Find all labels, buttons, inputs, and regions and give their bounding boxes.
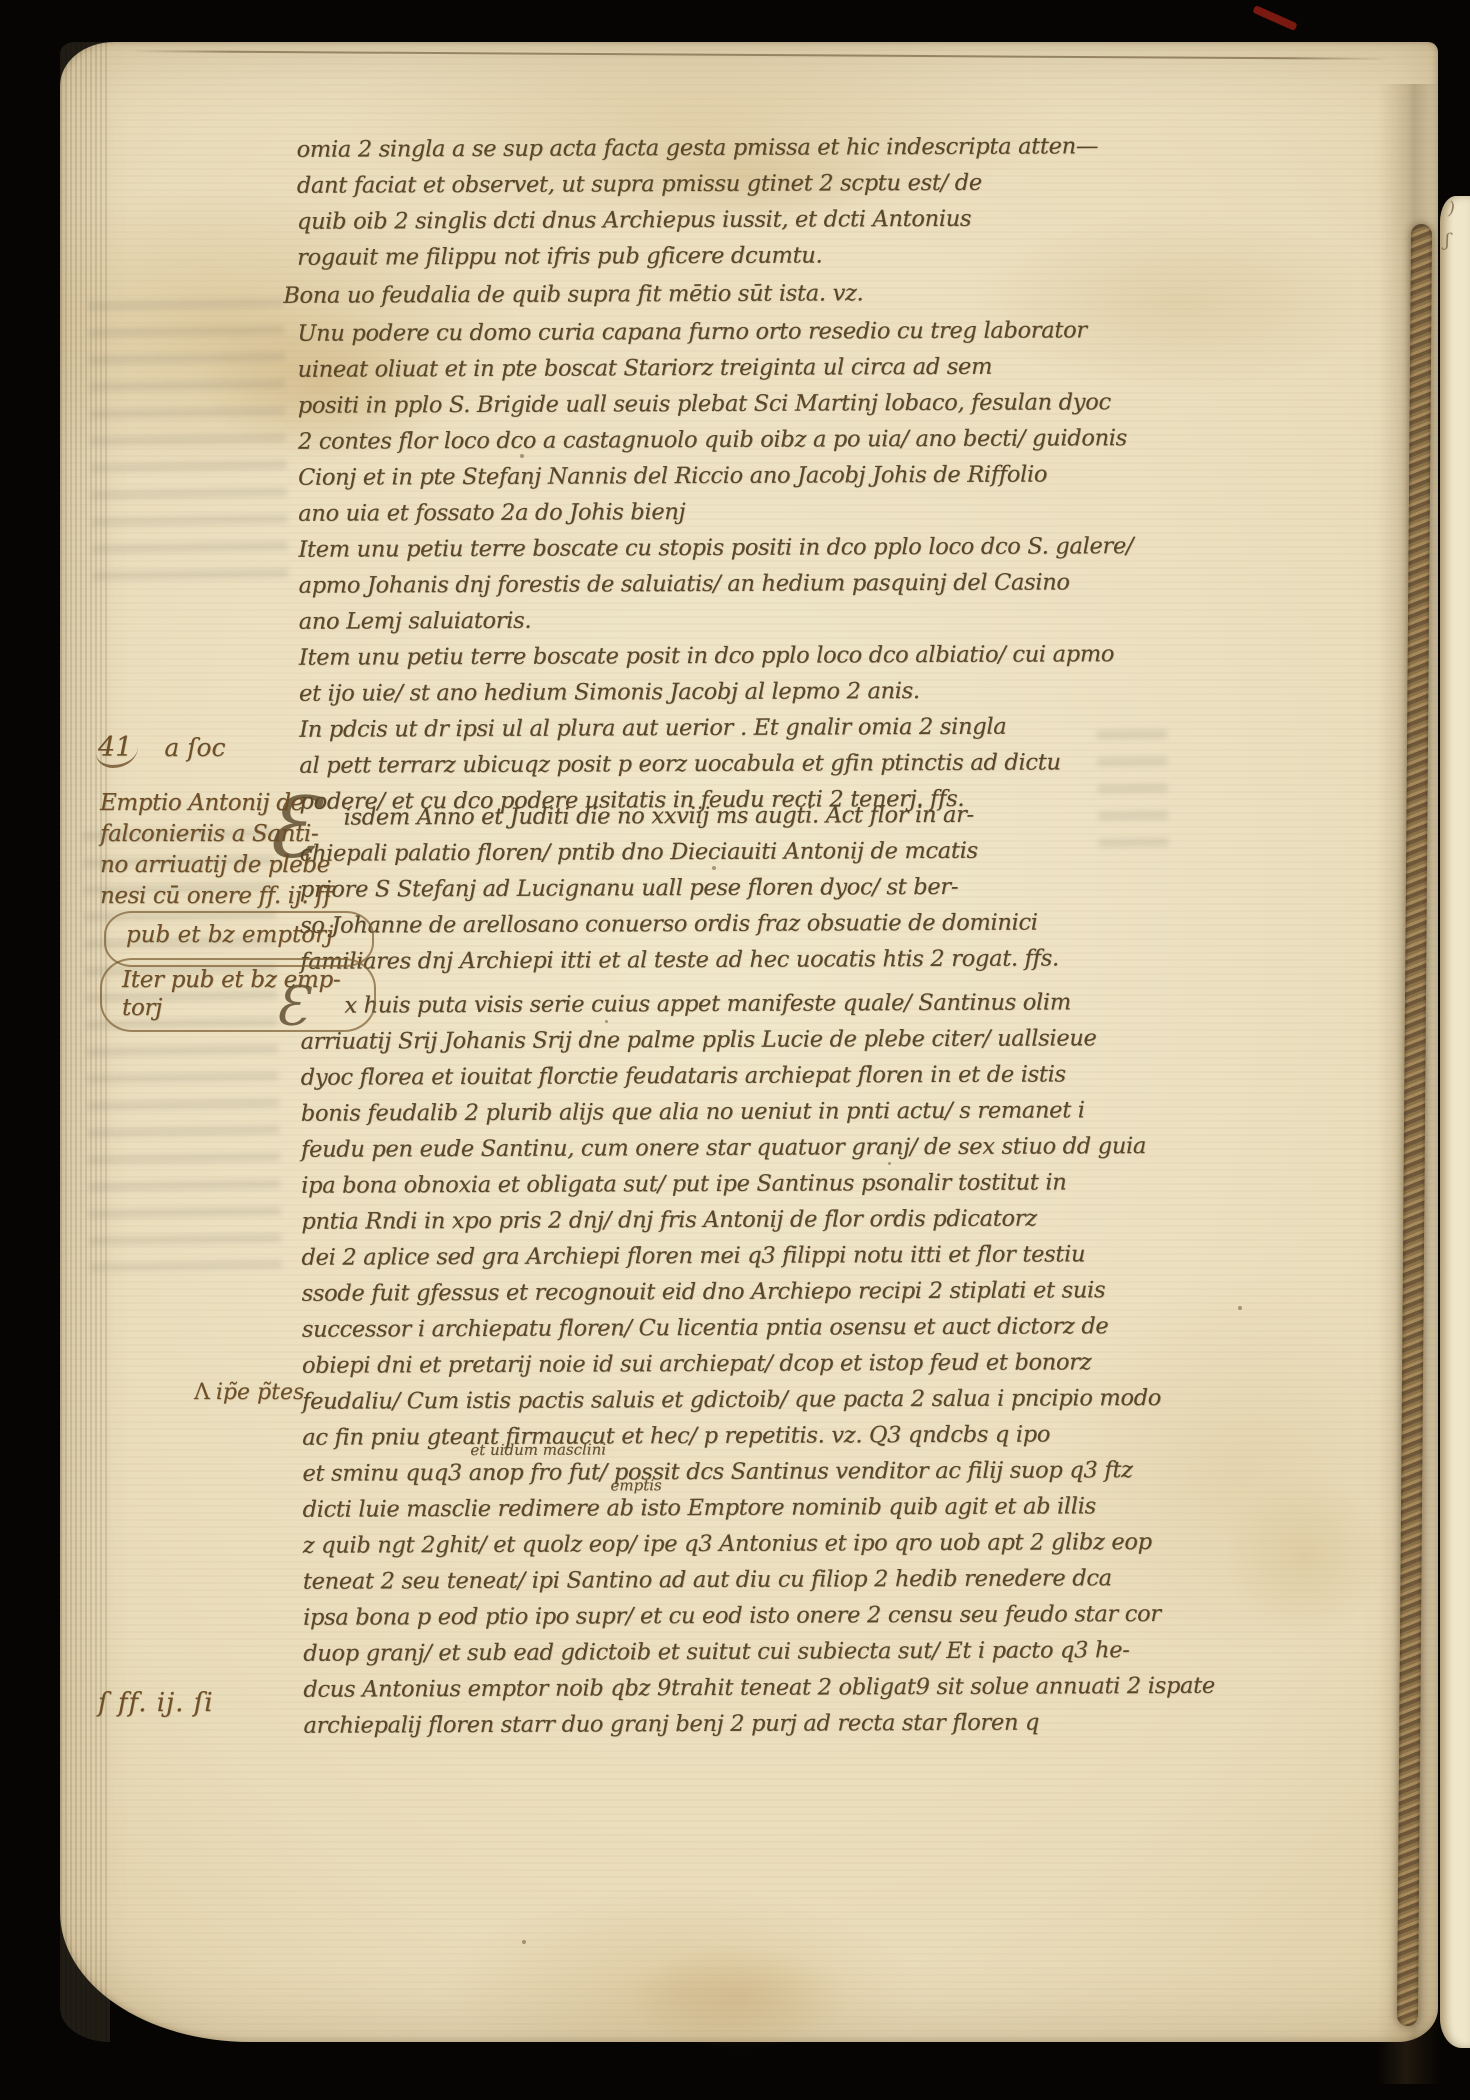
manuscript-line: familiares dnj Archiepi itti et al teste… bbox=[300, 940, 1110, 980]
manuscript-line: dicti luie masclie redimere ab isto Empt… bbox=[303, 1488, 1113, 1528]
manuscript-line: positi in pplo S. Brigide uall seuis ple… bbox=[298, 384, 1108, 424]
manuscript-line: al pett terrarz ubicuqz posit p eorz uoc… bbox=[299, 744, 1109, 784]
closing-clause-paragraph: omia 2 singla a se sup acta facta gesta … bbox=[297, 128, 1108, 276]
manuscript-line: bonis feudalib 2 plurib alijs que alia n… bbox=[301, 1092, 1111, 1132]
manuscript-line: successor i archiepatu floren/ Cu licent… bbox=[302, 1308, 1112, 1348]
manuscript-line: ac fin pniu gteant firmaucut et hec/ p r… bbox=[302, 1416, 1112, 1456]
manuscript-line: dcus Antonius emptor noib qbz 9trahit te… bbox=[303, 1668, 1113, 1708]
manuscript-line: feudaliu/ Cum istis pactis saluis et gdi… bbox=[302, 1380, 1112, 1420]
manuscript-line: quib oib 2 singlis dcti dnus Archiepus i… bbox=[297, 200, 1107, 240]
manuscript-line: ssode fuit gfessus et recognouit eid dno… bbox=[302, 1272, 1112, 1312]
folio-number-mark: 41a ſoc bbox=[96, 732, 226, 763]
manuscript-line: omia 2 singla a se sup acta facta gesta … bbox=[297, 128, 1107, 168]
manuscript-line: duop granj/ et sub ead gdictoib et suitu… bbox=[303, 1632, 1113, 1672]
act-body-lines: x huis puta visis serie cuius appet mani… bbox=[300, 984, 1113, 1744]
caret-icon: Λ bbox=[194, 1380, 210, 1405]
margin-entry-note: Emptio Antonij defalconieriis a Santi-no… bbox=[100, 788, 330, 912]
folio-number: 41 bbox=[96, 732, 138, 768]
manuscript-line: et sminu quq3 anop fro fut/ possit dcs S… bbox=[302, 1452, 1112, 1492]
manuscript-line: rogauit me filippu not ifris pub gficere… bbox=[297, 236, 1107, 276]
margin-bottom-mark: ſ ff. ij. ſi bbox=[98, 1688, 214, 1718]
manuscript-line: falconieriis a Santi- bbox=[100, 819, 330, 850]
margin-caret-note: Λip̃e p̃tes bbox=[194, 1380, 304, 1405]
manuscript-line: Iter pub et bz emp- bbox=[122, 966, 340, 994]
text-block: omia 2 singla a se sup acta facta gesta … bbox=[296, 0, 1106, 2]
manuscript-line: Unu podere cu domo curia capana furno or… bbox=[297, 312, 1107, 352]
manuscript-line: dant faciat et observet, ut supra pmissu… bbox=[297, 164, 1107, 204]
manuscript-line: no arriuatij de plebe bbox=[100, 850, 330, 881]
manuscript-line: obiepi dni et pretarij noie id sui archi… bbox=[302, 1344, 1112, 1384]
red-edge-mark bbox=[1252, 5, 1297, 31]
manuscript-line: 2 contes flor loco dco a castagnuolo qui… bbox=[298, 420, 1108, 460]
second-property-paragraph: Item unu petiu terre boscate cu stopis p… bbox=[298, 528, 1108, 640]
facing-page-ink-mark: ʃ bbox=[1445, 230, 1450, 251]
circled-note-1: pub et bz emptorj bbox=[126, 922, 333, 948]
facing-page-edge: ) ʃ bbox=[1440, 196, 1470, 2048]
manuscript-line: isdem Anno et Juditi die no xxviij ms au… bbox=[299, 796, 1109, 836]
manuscript-line: dyoc florea et iouitat florctie feudatar… bbox=[301, 1056, 1111, 1096]
manuscript-line: Emptio Antonij de bbox=[100, 788, 330, 819]
manuscript-line: Item unu petiu terre boscate posit in dc… bbox=[299, 636, 1109, 676]
manuscript-scan: ) ʃ omia 2 singla a se sup acta facta ge… bbox=[0, 0, 1470, 2100]
manuscript-line: dei 2 aplice sed gra Archiepi floren mei… bbox=[301, 1236, 1111, 1276]
manuscript-line: apmo Johanis dnj forestis de saluiatis/ … bbox=[298, 564, 1108, 604]
manuscript-line: priore S Stefanj ad Lucignanu uall pese … bbox=[300, 868, 1110, 908]
folio-side-note: a ſoc bbox=[164, 733, 225, 762]
manuscript-line: chiepali palatio floren/ pntib dno Dieci… bbox=[300, 832, 1110, 872]
manuscript-line: z quib ngt 2ghit/ et quolz eop/ ipe q3 A… bbox=[303, 1524, 1113, 1564]
manuscript-line: ano Lemj saluiatoris. bbox=[299, 600, 1109, 640]
manuscript-line: ipsa bona p eod ptio ipo supr/ et cu eod… bbox=[303, 1596, 1113, 1636]
manuscript-line: pntia Rndi in xpo pris 2 dnj/ dnj fris A… bbox=[301, 1200, 1111, 1240]
manuscript-line: archiepalij floren starr duo granj benj … bbox=[303, 1704, 1113, 1744]
paper-stain bbox=[580, 1922, 900, 2072]
rubric-line: Bona uo feudalia de quib supra fit mētio… bbox=[297, 274, 1107, 314]
manuscript-line: ano uia et fossato 2a do Johis bienj bbox=[298, 492, 1108, 532]
manuscript-line: In pdcis ut dr ipsi ul al plura aut ueri… bbox=[299, 708, 1109, 748]
showthrough-text bbox=[88, 298, 289, 581]
caret-note-text: ip̃e p̃tes bbox=[216, 1380, 304, 1405]
manuscript-line: arriuatij Srij Johanis Srij dne palme pp… bbox=[300, 1020, 1110, 1060]
manuscript-line: teneat 2 seu teneat/ ipi Santino ad aut … bbox=[303, 1560, 1113, 1600]
manuscript-line: x huis puta visis serie cuius appet mani… bbox=[300, 984, 1110, 1024]
interlinear-addition: et uidum masclini bbox=[470, 1440, 606, 1459]
act-heading-paragraph: Ɛ isdem Anno et Juditi die no xxviij ms … bbox=[299, 796, 1110, 980]
manuscript-line: feudu pen eude Santinu, cum onere star q… bbox=[301, 1128, 1111, 1168]
manuscript-line: et ijo uie/ st ano hedium Simonis Jacobj… bbox=[299, 672, 1109, 712]
circled-note-2: Iter pub et bz emp- torj bbox=[122, 966, 340, 1022]
interlinear-addition: emptis bbox=[610, 1476, 661, 1494]
manuscript-line: uineat oliuat et in pte boscat Stariorz … bbox=[298, 348, 1108, 388]
fox-spot bbox=[1238, 1306, 1242, 1310]
facing-page-ink-mark: ) bbox=[1448, 198, 1455, 219]
act-heading-lines: isdem Anno et Juditi die no xxviij ms au… bbox=[299, 796, 1110, 980]
manuscript-line: nesi cū onere ff. ij. ff bbox=[100, 881, 330, 912]
top-crease-line bbox=[130, 50, 1390, 60]
manuscript-line: Bona uo feudalia de quib supra fit mētio… bbox=[297, 274, 1107, 314]
manuscript-line: ipa bona obnoxia et obligata sut/ put ip… bbox=[301, 1164, 1111, 1204]
fox-spot bbox=[522, 1940, 526, 1944]
manuscript-line: torj bbox=[122, 994, 340, 1022]
manuscript-line: Cionj et in pte Stefanj Nannis del Ricci… bbox=[298, 456, 1108, 496]
first-property-paragraph: Unu podere cu domo curia capana furno or… bbox=[297, 312, 1108, 532]
third-property-paragraph: Item unu petiu terre boscate posit in dc… bbox=[299, 636, 1109, 712]
manuscript-line: Item unu petiu terre boscate cu stopis p… bbox=[298, 528, 1108, 568]
manuscript-line: so Johanne de arellosano conuerso ordis … bbox=[300, 904, 1110, 944]
act-body-paragraph: Ɛ x huis puta visis serie cuius appet ma… bbox=[300, 984, 1113, 1744]
